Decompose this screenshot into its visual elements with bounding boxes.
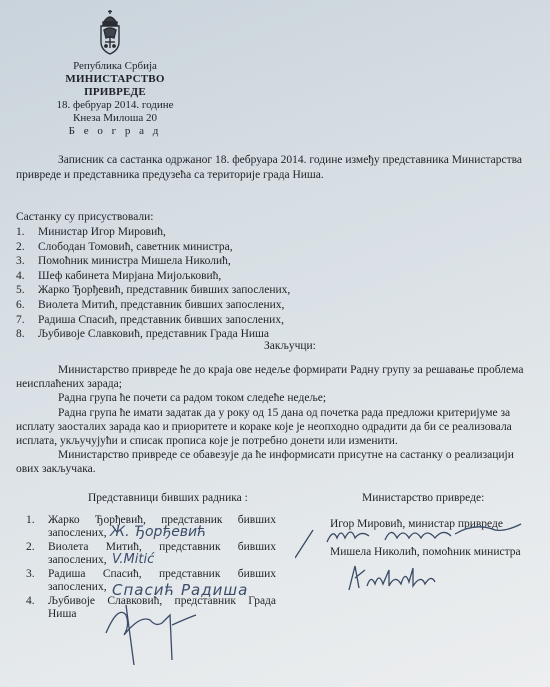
item-number: 7.: [16, 313, 38, 328]
document-date: 18. фебруар 2014. године: [40, 99, 190, 112]
item-text: Помоћник министра Мишела Николић,: [38, 255, 231, 267]
conclusion-line: исплату заосталих зарада као и приоритет…: [16, 420, 523, 434]
list-item: 2.Слободан Томовић, саветник министра,: [16, 240, 290, 255]
item-number: 2.: [16, 240, 38, 255]
list-item: 1.Министар Игор Мировић,: [16, 225, 290, 240]
item-number: 1.: [16, 225, 38, 240]
conclusion-line: ових закључака.: [16, 462, 523, 476]
word: представник: [159, 541, 220, 554]
list-item: 3.Помоћник министра Мишела Николић,: [16, 254, 290, 269]
conclusion-line: Радна група ће почети са радом током сле…: [16, 391, 523, 405]
word: Спасић,: [103, 568, 142, 581]
handwritten-signature-mitic: V.Mitić: [112, 552, 154, 567]
item-number: 8.: [16, 327, 38, 342]
letterhead: Република Србија МИНИСТАРСТВО ПРИВРЕДЕ 1…: [40, 60, 190, 138]
word: Града: [248, 595, 276, 608]
item-text: Радиша Спасић, представник бивших запосл…: [38, 314, 284, 326]
item-number: 6.: [16, 298, 38, 313]
list-item: 5.Жарко Ђорђевић, представник бивших зап…: [16, 283, 290, 298]
coat-of-arms-icon: [95, 8, 125, 58]
list-item: 8.Љубивоје Славковић, представник Града …: [16, 327, 290, 342]
workers-representatives-heading: Представници бивших радника :: [88, 491, 248, 506]
ministry-name: МИНИСТАРСТВО ПРИВРЕДЕ: [40, 73, 190, 99]
item-number: 1.: [26, 514, 48, 539]
item-text: Министар Игор Мировић,: [38, 226, 166, 238]
word: бивших: [238, 568, 276, 581]
item-number: 5.: [16, 283, 38, 298]
item-text: Виолета Митић, представник бивших запосл…: [38, 299, 284, 311]
item-text: Шеф кабинета Мирјана Мијољковић,: [38, 270, 221, 282]
word: Радиша: [48, 568, 85, 581]
conclusion-line: Министарство привреде се обавезује да ће…: [16, 448, 523, 462]
word: Жарко: [48, 514, 80, 527]
intro-line: Записник са састанка одржаног 18. фебруа…: [16, 153, 522, 168]
city: Б е о г р а д: [40, 125, 190, 138]
word: представник: [159, 568, 220, 581]
item-text: Жарко Ђорђевић, представник бивших запос…: [38, 284, 290, 296]
address: Кнеза Милоша 20: [40, 112, 190, 125]
ministry-signatures-heading: Министарство привреде:: [362, 491, 484, 506]
intro-paragraph: Записник са састанка одржаног 18. фебруа…: [16, 153, 522, 183]
attendees-list: 1.Министар Игор Мировић, 2.Слободан Томо…: [16, 225, 290, 342]
word: бивших: [238, 514, 276, 527]
item-number: 4.: [26, 595, 48, 620]
item-text: Љубивоје Славковић, представник Града Ни…: [38, 328, 269, 340]
word: бивших: [238, 541, 276, 554]
conclusions-heading: Закључци:: [264, 339, 316, 354]
word: Виолета: [48, 541, 89, 554]
conclusion-line: Радна група ће имати задатак да у року о…: [16, 406, 523, 420]
attendees-heading: Састанку су присуствовали:: [16, 210, 154, 225]
item-number: 2.: [26, 541, 48, 566]
assistant-minister-signature-label: Мишела Николић, помоћник министра: [330, 545, 521, 560]
handwritten-signature-slavkovic: [100, 595, 220, 670]
list-item: 4.Шеф кабинета Мирјана Мијољковић,: [16, 269, 290, 284]
word: Љубивоје: [48, 595, 95, 608]
list-item: 6.Виолета Митић, представник бивших запо…: [16, 298, 290, 313]
conclusions-body: Министарство привреде ће до краја ове не…: [16, 363, 523, 477]
handwritten-signature-djordjevic: Ж. Ђорђевић: [110, 524, 206, 540]
republic-name: Република Србија: [40, 60, 190, 73]
intro-line: привреде и представника предузећа са тер…: [16, 168, 522, 183]
list-item: 7.Радиша Спасић, представник бивших запо…: [16, 313, 290, 328]
conclusion-line: Министарство привреде ће до краја ове не…: [16, 363, 523, 377]
handwritten-signature-nikolic: [345, 560, 445, 595]
conclusion-line: неисплаћених зарада;: [16, 377, 523, 391]
item-number: 3.: [16, 254, 38, 269]
conclusion-line: исплата, укључујући и списак прописа кој…: [16, 434, 523, 448]
item-line2: запослених,: [48, 554, 276, 567]
item-text: Слободан Томовић, саветник министра,: [38, 241, 233, 253]
item-number: 4.: [16, 269, 38, 284]
item-number: 3.: [26, 568, 48, 593]
